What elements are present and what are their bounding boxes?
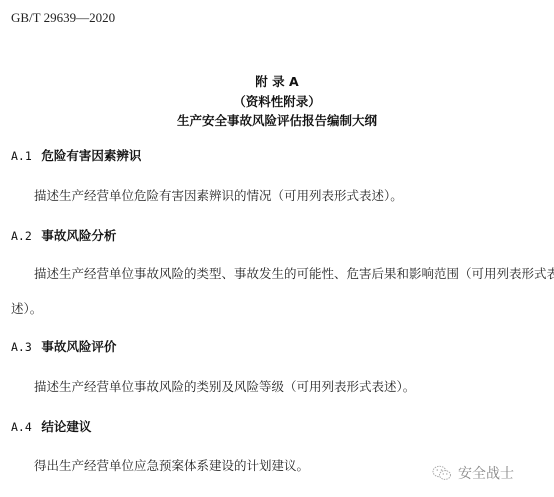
section-title: 危险有害因素辨识 <box>41 148 141 163</box>
section-body-a2-line2: 述）。 <box>11 299 42 317</box>
watermark: 安全战士 <box>432 463 514 483</box>
section-number: A.2 <box>11 229 37 243</box>
section-title: 事故风险分析 <box>41 228 116 243</box>
appendix-type: （资料性附录） <box>0 92 554 110</box>
section-title: 结论建议 <box>41 419 91 434</box>
section-heading-a1: A.1 危险有害因素辨识 <box>11 146 141 164</box>
section-body-a4: 得出生产经营单位应急预案体系建设的计划建议。 <box>34 456 309 474</box>
section-body-a3: 描述生产经营单位事故风险的类别及风险等级（可用列表形式表述）。 <box>34 377 415 395</box>
section-body-a2-line1: 描述生产经营单位事故风险的类型、事故发生的可能性、危害后果和影响范围（可用列表形… <box>34 264 554 282</box>
section-heading-a3: A.3 事故风险评价 <box>11 337 116 355</box>
section-heading-a4: A.4 结论建议 <box>11 417 91 435</box>
section-number: A.3 <box>11 340 37 354</box>
document-title: 生产安全事故风险评估报告编制大纲 <box>0 111 554 129</box>
section-body-a1: 描述生产经营单位危险有害因素辨识的情况（可用列表形式表述）。 <box>34 186 403 204</box>
section-heading-a2: A.2 事故风险分析 <box>11 226 116 244</box>
watermark-text: 安全战士 <box>458 463 514 483</box>
appendix-title: 附 录 A <box>0 72 554 90</box>
wechat-icon <box>432 465 452 481</box>
section-title: 事故风险评价 <box>41 339 116 354</box>
section-number: A.1 <box>11 149 37 163</box>
standard-number: GB/T 29639—2020 <box>11 10 115 26</box>
section-number: A.4 <box>11 420 37 434</box>
